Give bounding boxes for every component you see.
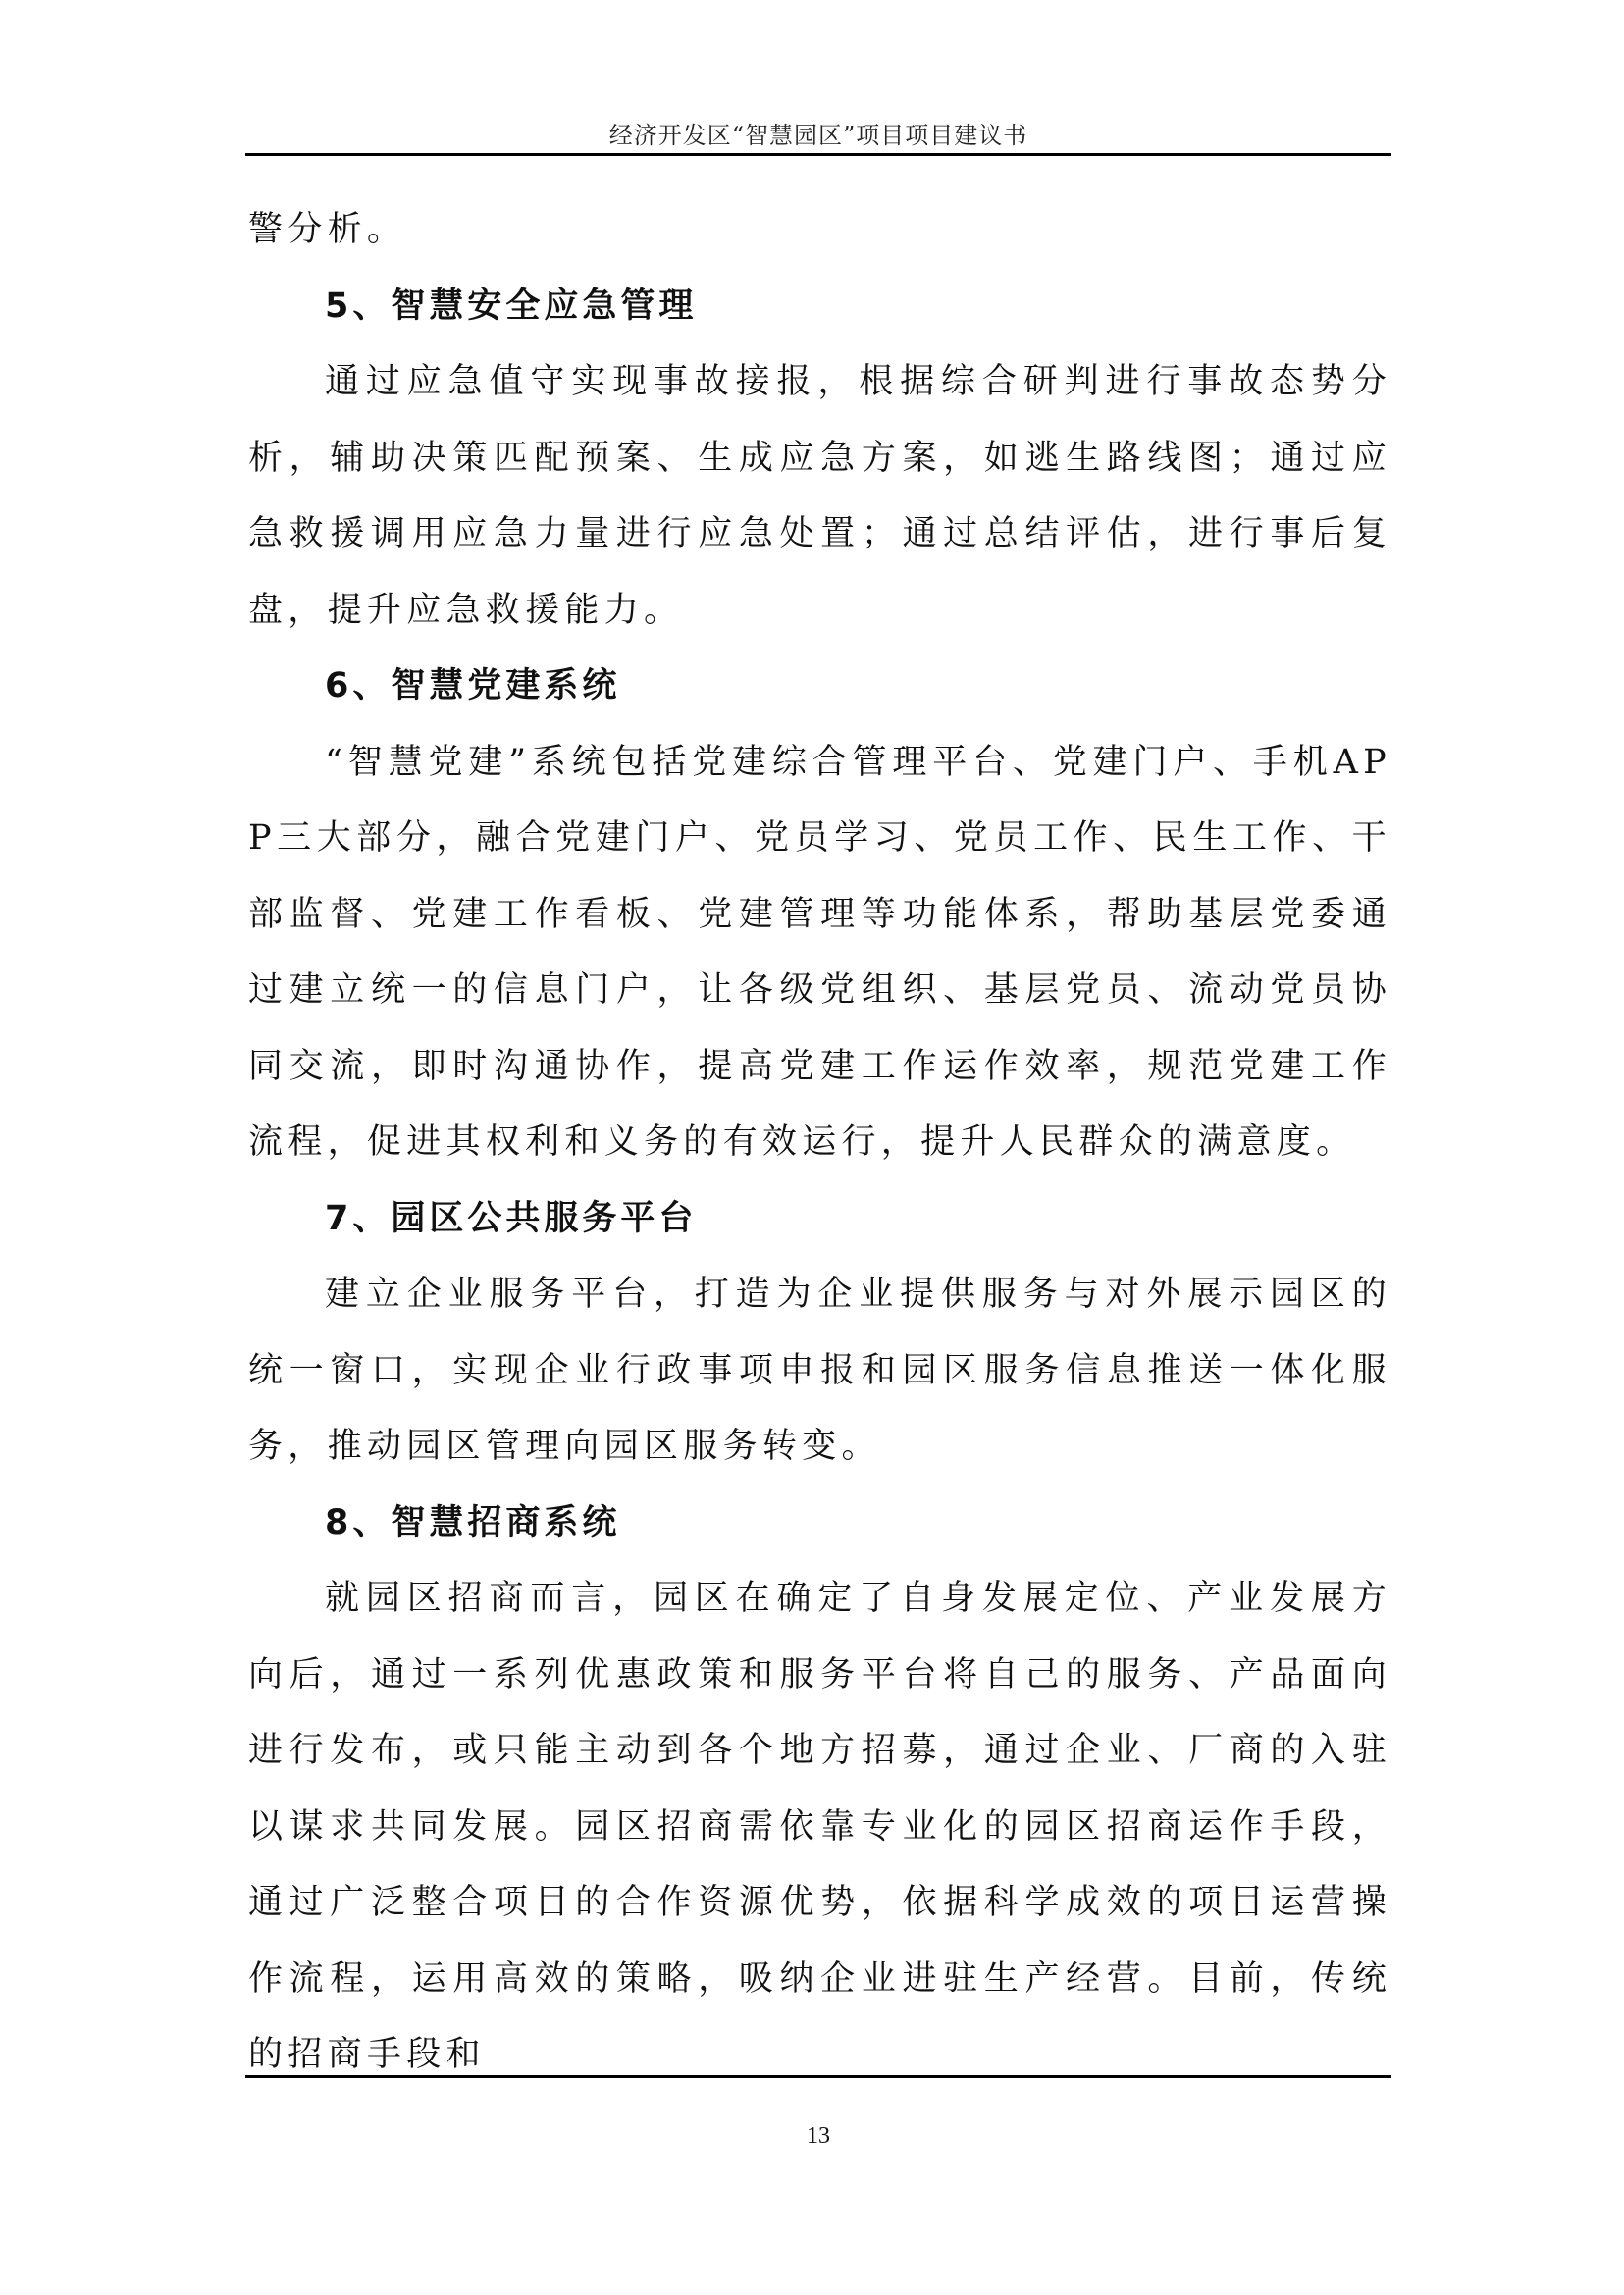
- document-body: 警分析。 5、智慧安全应急管理 通过应急值守实现事故接报，根据综合研判进行事故态…: [248, 192, 1391, 2094]
- page-number: 13: [245, 2123, 1391, 2150]
- section-paragraph-8: 就园区招商而言，园区在确定了自身发展定位、产业发展方向后，通过一系列优惠政策和服…: [248, 1561, 1391, 2094]
- section-paragraph-6: “智慧党建”系统包括党建综合管理平台、党建门户、手机APP三大部分，融合党建门户…: [248, 725, 1391, 1181]
- section-paragraph-7: 建立企业服务平台，打造为企业提供服务与对外展示园区的统一窗口，实现企业行政事项申…: [248, 1257, 1391, 1486]
- footer-rule: [245, 2075, 1391, 2078]
- section-heading-5: 5、智慧安全应急管理: [248, 269, 1391, 345]
- section-heading-7: 7、园区公共服务平台: [248, 1181, 1391, 1258]
- section-heading-6: 6、智慧党建系统: [248, 649, 1391, 725]
- section-heading-8: 8、智慧招商系统: [248, 1486, 1391, 1562]
- header-rule: [245, 153, 1391, 156]
- continuation-paragraph: 警分析。: [248, 192, 1391, 269]
- page-header: 经济开发区“智慧园区”项目项目建议书: [245, 116, 1391, 150]
- section-paragraph-5: 通过应急值守实现事故接报，根据综合研判进行事故态势分析，辅助决策匹配预案、生成应…: [248, 344, 1391, 649]
